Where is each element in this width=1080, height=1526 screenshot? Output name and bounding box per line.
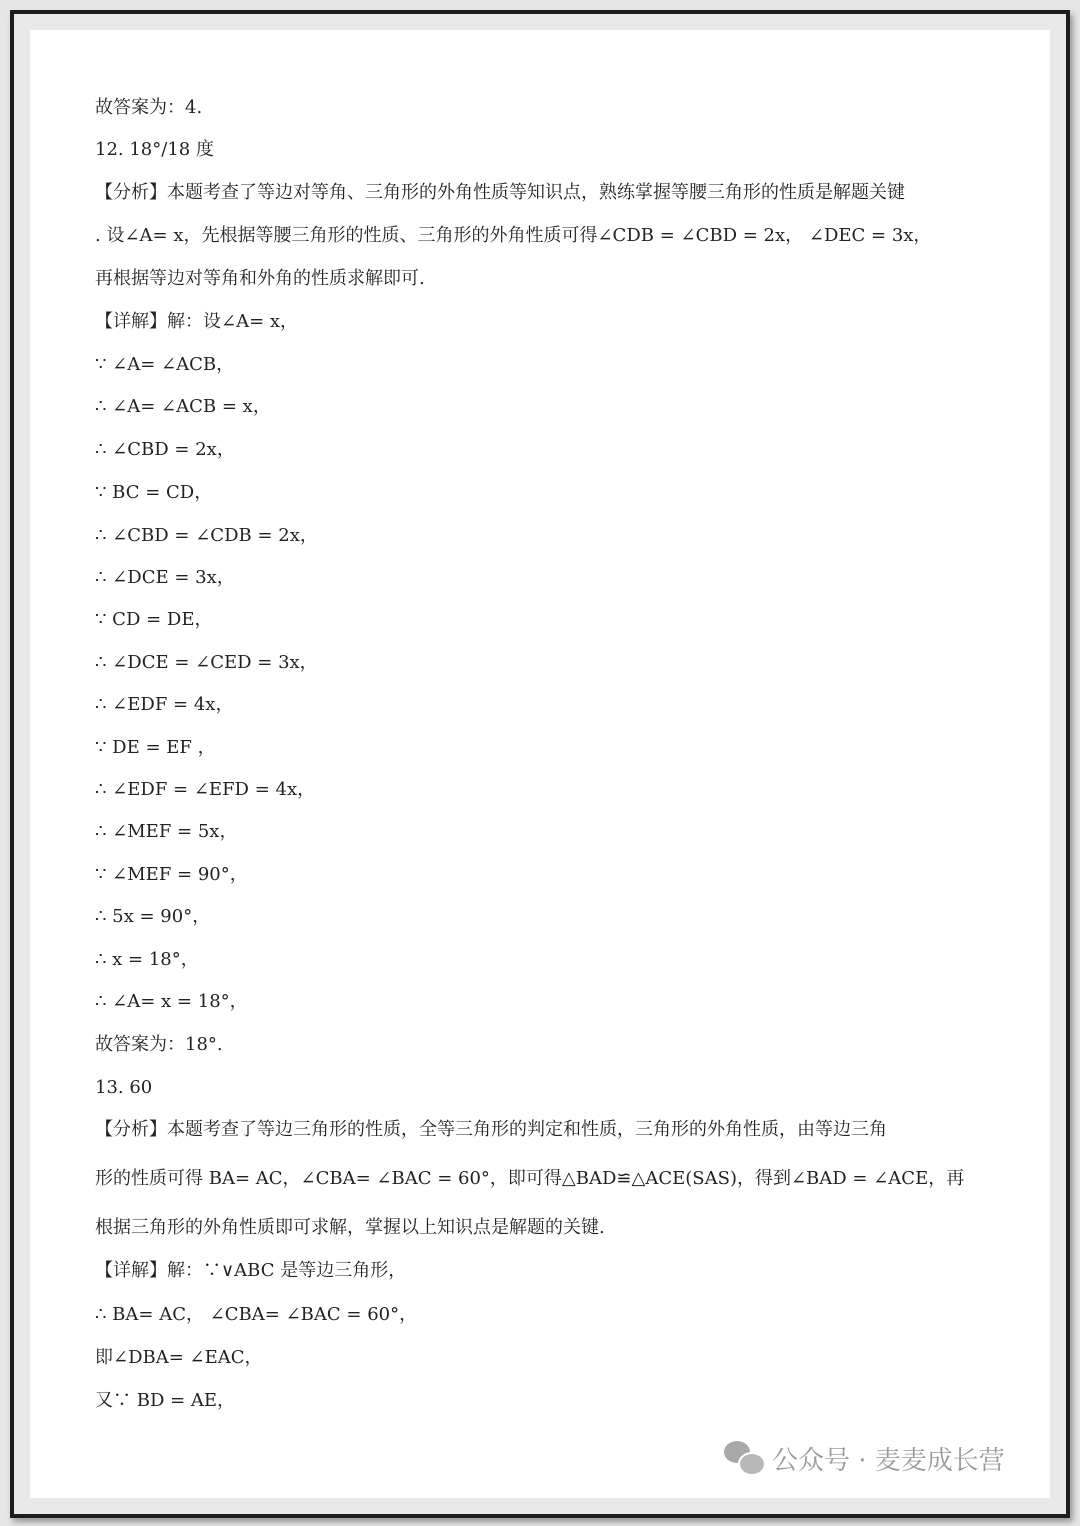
proof-step: 即∠DBA= ∠EAC，	[95, 1346, 263, 1370]
proof-step: ∴ 5x = 90°，	[95, 905, 210, 929]
analysis-13-line-1: 【分析】本题考查了等边三角形的性质，全等三角形的判定和性质，三角形的外角性质，由…	[95, 1118, 887, 1142]
proof-step: ∴ ∠A= x = 18°，	[95, 990, 248, 1014]
analysis-12-line-1: 【分析】本题考查了等边对等角、三角形的外角性质等知识点，熟练掌握等腰三角形的性质…	[95, 181, 905, 205]
proof-step: ∵ ∠A= ∠ACB，	[95, 353, 234, 377]
proof-step: ∴ ∠CBD = 2x，	[95, 438, 235, 462]
detail-12-start: 【详解】解：设∠A= x，	[95, 310, 298, 334]
analysis-12-line-3: 再根据等边对等角和外角的性质求解即可.	[95, 267, 425, 291]
watermark: 公众号 · 麦麦成长营	[724, 1440, 1005, 1476]
wechat-icon	[724, 1441, 764, 1475]
proof-step: 又∵ BD = AE，	[95, 1389, 235, 1413]
proof-step: ∴ ∠EDF = 4x，	[95, 693, 233, 717]
proof-step: ∵ CD = DE，	[95, 608, 212, 632]
proof-step: ∴ ∠A= ∠ACB = x，	[95, 395, 271, 419]
proof-step: ∵ BC = CD，	[95, 481, 212, 505]
analysis-12-line-2: . 设∠A= x，先根据等腰三角形的性质、三角形的外角性质可得∠CDB = ∠C…	[95, 224, 931, 248]
proof-step: ∴ ∠DCE = 3x，	[95, 566, 235, 590]
proof-step: ∴ x = 18°，	[95, 948, 199, 972]
proof-step: ∴ BA= AC， ∠CBA= ∠BAC = 60°，	[95, 1303, 417, 1327]
analysis-13-line-2: 形的性质可得 BA= AC，∠CBA= ∠BAC = 60°，即可得△BAD≌△…	[95, 1167, 964, 1191]
proof-step: ∴ ∠EDF = ∠EFD = 4x，	[95, 778, 315, 802]
proof-step: ∴ ∠CBD = ∠CDB = 2x，	[95, 524, 318, 548]
answer-line-11: 故答案为：4.	[95, 96, 202, 120]
proof-step: ∴ ∠MEF = 5x，	[95, 820, 237, 844]
proof-step: ∴ ∠DCE = ∠CED = 3x，	[95, 651, 318, 675]
analysis-13-line-3: 根据三角形的外角性质即可求解，掌握以上知识点是解题的关键.	[95, 1216, 605, 1240]
proof-step: ∵ ∠MEF = 90°，	[95, 863, 248, 887]
proof-step: ∵ DE = EF ，	[95, 736, 216, 760]
watermark-text: 公众号 · 麦麦成长营	[772, 1440, 1005, 1477]
detail-13-start: 【详解】解：∵∨ABC 是等边三角形，	[95, 1259, 406, 1283]
answer-line-12: 故答案为：18°.	[95, 1033, 223, 1057]
question-13-answer: 13. 60	[95, 1076, 152, 1100]
question-12-answer: 12. 18°/18 度	[95, 138, 214, 162]
